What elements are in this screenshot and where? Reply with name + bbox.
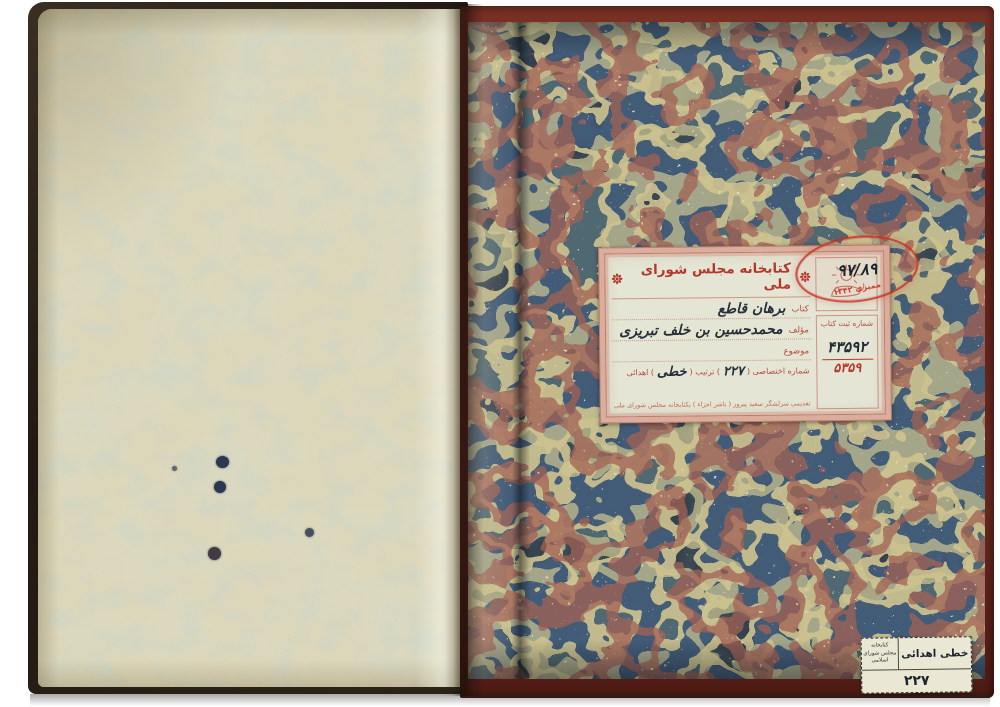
registration-box: شماره ثبت کتاب ۴۳۵۹۲ ۵۳۵۹ [816, 315, 879, 410]
ink-blot [172, 466, 177, 471]
shelf-label-type: خطی اهدائی [898, 637, 971, 669]
shelf-label-library: کتابخانه مجلس شورای اسلامی [862, 638, 898, 669]
field-row-title: کتاب برهان قاطع [612, 297, 811, 320]
ink-blot [214, 481, 226, 493]
left-endpaper [38, 9, 462, 687]
bookplate-footnote: تقدیمی سرلشگر سعید پیروز ( ناشر اجزاء ) … [613, 397, 812, 411]
serial-label-after: ) اهدائی [627, 368, 655, 377]
spine-gutter-shadow [440, 4, 484, 696]
serial-kind: خطی [657, 365, 687, 380]
bookplate-main: کتابخانه مجلس شورای ملی کتاب برهان ق [611, 257, 812, 411]
field-label: موضوع [784, 346, 810, 358]
field-label: مؤلف [789, 325, 809, 337]
serial-label-middle: ) ترتیب ( [689, 367, 720, 376]
shelf-label-top-row: خطی اهدائی کتابخانه مجلس شورای اسلامی [862, 637, 971, 671]
field-row-subject: موضوع [612, 339, 811, 362]
rosette-icon [611, 272, 623, 285]
ink-blot [216, 456, 229, 468]
registration-number-black: ۴۳۵۹۲ [827, 338, 867, 356]
bookplate-header: کتابخانه مجلس شورای ملی [611, 257, 810, 299]
field-label: کتاب [791, 304, 808, 316]
field-row-author: مؤلف محمدحسین بن خلف تبریزی [612, 318, 811, 341]
ink-blot [208, 547, 221, 560]
serial-row: شماره اختصاصی ( ۲۲۷ ) ترتیب ( خطی ) اهدا… [612, 360, 811, 382]
registration-label: شماره ثبت کتاب [821, 319, 873, 329]
registration-number-red: ۵۳۵۹ [833, 361, 861, 376]
serial-number: ۲۲۷ [723, 364, 744, 379]
stamp-number-handwritten: ۹۷/۸۹ [836, 258, 877, 279]
book-bottom-shadow [30, 694, 990, 706]
endpaper-shading [38, 9, 462, 687]
manuscript-scan: شماره ثبت کتاب ۴۳۵۹۲ ۵۳۵۹ [0, 0, 1000, 707]
author-handwritten: محمدحسین بن خلف تبریزی [619, 322, 783, 339]
ink-blot [305, 528, 314, 537]
library-name: کتابخانه مجلس شورای ملی [631, 261, 791, 295]
book-title-handwritten: برهان قاطع [717, 301, 785, 317]
shelf-label: خطی اهدائی کتابخانه مجلس شورای اسلامی ۲۲… [861, 636, 973, 694]
serial-label-before: شماره اختصاصی ( [747, 366, 810, 376]
shelf-label-number: ۲۲۷ [862, 669, 971, 693]
